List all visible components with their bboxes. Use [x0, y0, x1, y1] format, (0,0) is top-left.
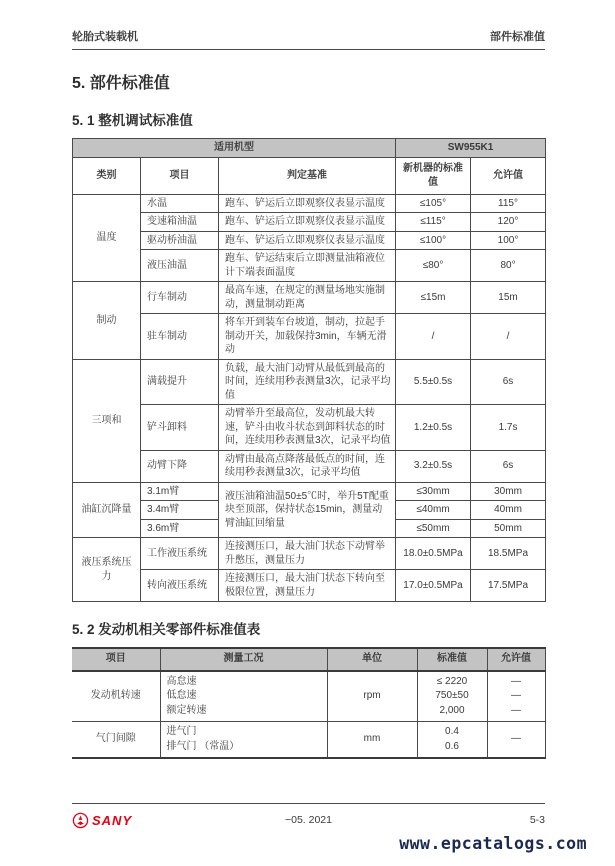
table-row: 三项和 满载提升 负载，最大油门动臂从最低到最高的时间，连续用秒表测量3次，记录… — [73, 359, 546, 405]
table-row: 发动机转速 高怠速 低怠速 额定转速 rpm ≤ 2220 750±50 2,0… — [72, 671, 545, 722]
item-cell: 转向液压系统 — [141, 570, 219, 602]
table-row: 温度 水温 跑车、铲运后立即观察仪表显示温度 ≤105° 115° — [73, 194, 546, 213]
table-row: 制动 行车制动 最高车速，在规定的测量场地实施制动，测量制动距离 ≤15m 15… — [73, 282, 546, 314]
col-header-allowed: 允许值 — [471, 157, 546, 194]
item-cell: 3.1m臂 — [141, 482, 219, 501]
criteria-cell: 将车开到装车台坡道，制动，拉起手制动开关，加载保持3min，车辆无滑动 — [219, 314, 396, 360]
criteria-cell: 最高车速，在规定的测量场地实施制动，测量制动距离 — [219, 282, 396, 314]
table-row: 驱动桥油温 跑车、铲运后立即观察仪表显示温度 ≤100° 100° — [73, 231, 546, 250]
item-cell: 3.4m臂 — [141, 501, 219, 520]
allowed-cell: 50mm — [471, 519, 546, 538]
section-title-5-2: 5. 2 发动机相关零部件标准值表 — [72, 618, 545, 638]
col-header-item: 项目 — [141, 157, 219, 194]
footer: SANY −05. 2021 5-3 — [72, 810, 545, 832]
item-cell: 气门间隙 — [72, 722, 160, 759]
col-header-new-std: 新机器的标准值 — [396, 157, 471, 194]
allowed-cell: / — [471, 314, 546, 360]
footer-date: −05. 2021 — [72, 814, 545, 826]
category-cell: 油缸沉降量 — [73, 482, 141, 538]
item-cell: 行车制动 — [141, 282, 219, 314]
allowed-cell: 6s — [471, 450, 546, 482]
item-cell: 液压油温 — [141, 250, 219, 282]
std-cell: ≤80° — [396, 250, 471, 282]
std-cell: ≤105° — [396, 194, 471, 213]
running-header-right: 部件标准值 — [490, 28, 545, 44]
std-cell: 18.0±0.5MPa — [396, 538, 471, 570]
item-cell: 发动机转速 — [72, 671, 160, 722]
item-cell: 工作液压系统 — [141, 538, 219, 570]
std-cell: ≤ 2220 750±50 2,000 — [417, 671, 487, 722]
std-cell: ≤50mm — [396, 519, 471, 538]
table-row: 变速箱油温 跑车、铲运后立即观察仪表显示温度 ≤115° 120° — [73, 213, 546, 232]
item-cell: 动臂下降 — [141, 450, 219, 482]
std-cell: ≤100° — [396, 231, 471, 250]
criteria-cell: 跑车、铲运后立即观察仪表显示温度 — [219, 194, 396, 213]
allowed-cell: 17.5MPa — [471, 570, 546, 602]
table-row: 气门间隙 进气门 排气门 （常温） mm 0.4 0.6 — — [72, 722, 545, 759]
item-cell: 驱动桥油温 — [141, 231, 219, 250]
category-cell: 制动 — [73, 282, 141, 360]
category-cell: 三项和 — [73, 359, 141, 482]
criteria-cell: 动臂举升至最高位，发动机最大转速，铲斗由收斗状态到卸料状态的时间，连续用秒表测量… — [219, 405, 396, 451]
condition-cell: 进气门 排气门 （常温） — [160, 722, 327, 759]
machine-debug-standards-table: 适用机型 SW955K1 类别 项目 判定基准 新机器的标准值 允许值 温度 水… — [72, 138, 546, 602]
col-header-unit: 单位 — [327, 648, 417, 671]
running-header: 轮胎式装载机 部件标准值 — [72, 28, 545, 50]
watermark-url: www.epcatalogs.com — [399, 834, 587, 853]
criteria-cell: 跑车、铲运后立即观察仪表显示温度 — [219, 213, 396, 232]
unit-cell: rpm — [327, 671, 417, 722]
criteria-cell: 动臂由最高点降落最低点的时间，连续用秒表测量3次，记录平均值 — [219, 450, 396, 482]
criteria-cell: 跑车、铲运结束后立即测量油箱液位计下端表面温度 — [219, 250, 396, 282]
section-title-5: 5. 部件标准值 — [72, 70, 545, 93]
unit-cell: mm — [327, 722, 417, 759]
col-header-allowed: 允许值 — [487, 648, 545, 671]
allowed-cell: 40mm — [471, 501, 546, 520]
page-number: 5-3 — [530, 814, 545, 826]
footer-divider — [72, 803, 545, 804]
allowed-cell: — — — — [487, 671, 545, 722]
col-header-criteria: 判定基准 — [219, 157, 396, 194]
item-cell: 满载提升 — [141, 359, 219, 405]
item-cell: 铲斗卸料 — [141, 405, 219, 451]
running-header-left: 轮胎式装载机 — [72, 28, 138, 44]
col-header-item: 项目 — [72, 648, 160, 671]
std-cell: 3.2±0.5s — [396, 450, 471, 482]
criteria-cell: 跑车、铲运后立即观察仪表显示温度 — [219, 231, 396, 250]
section-title-5-1: 5. 1 整机调试标准值 — [72, 109, 545, 129]
std-cell: 17.0±0.5MPa — [396, 570, 471, 602]
std-cell: 0.4 0.6 — [417, 722, 487, 759]
table-row: 动臂下降 动臂由最高点降落最低点的时间，连续用秒表测量3次，记录平均值 3.2±… — [73, 450, 546, 482]
criteria-cell-shared: 液压油箱油温50±5℃时，举升5T配重块至顶部，保持状态15min，测量动臂油缸… — [219, 482, 396, 538]
model-header: SW955K1 — [396, 139, 546, 158]
category-cell: 液压系统压力 — [73, 538, 141, 602]
table-row: 适用机型 SW955K1 — [73, 139, 546, 158]
engine-parts-standards-table: 项目 测量工况 单位 标准值 允许值 发动机转速 高怠速 低怠速 额定转速 rp… — [72, 647, 546, 759]
table-row: 液压油温 跑车、铲运结束后立即测量油箱液位计下端表面温度 ≤80° 80° — [73, 250, 546, 282]
std-cell: / — [396, 314, 471, 360]
allowed-cell: 6s — [471, 359, 546, 405]
allowed-cell: 1.7s — [471, 405, 546, 451]
col-header-category: 类别 — [73, 157, 141, 194]
allowed-cell: 120° — [471, 213, 546, 232]
table-row: 项目 测量工况 单位 标准值 允许值 — [72, 648, 545, 671]
allowed-cell: 80° — [471, 250, 546, 282]
col-header-std: 标准值 — [417, 648, 487, 671]
condition-cell: 高怠速 低怠速 额定转速 — [160, 671, 327, 722]
table-row: 油缸沉降量 3.1m臂 液压油箱油温50±5℃时，举升5T配重块至顶部，保持状态… — [73, 482, 546, 501]
allowed-cell: 18.5MPa — [471, 538, 546, 570]
criteria-cell: 连接测压口，最大油门状态下动臂举升憋压，测量压力 — [219, 538, 396, 570]
item-cell: 变速箱油温 — [141, 213, 219, 232]
table-row: 转向液压系统 连接测压口，最大油门状态下转向至极限位置，测量压力 17.0±0.… — [73, 570, 546, 602]
allowed-cell: — — [487, 722, 545, 759]
criteria-cell: 连接测压口，最大油门状态下转向至极限位置，测量压力 — [219, 570, 396, 602]
table-row: 液压系统压力 工作液压系统 连接测压口，最大油门状态下动臂举升憋压，测量压力 1… — [73, 538, 546, 570]
col-header-condition: 测量工况 — [160, 648, 327, 671]
applicable-model-header: 适用机型 — [73, 139, 396, 158]
document-page: 轮胎式装载机 部件标准值 5. 部件标准值 5. 1 整机调试标准值 适用机型 … — [0, 0, 615, 866]
item-cell: 水温 — [141, 194, 219, 213]
std-cell: ≤115° — [396, 213, 471, 232]
table-row: 类别 项目 判定基准 新机器的标准值 允许值 — [73, 157, 546, 194]
table-row: 驻车制动 将车开到装车台坡道，制动，拉起手制动开关，加载保持3min，车辆无滑动… — [73, 314, 546, 360]
item-cell: 3.6m臂 — [141, 519, 219, 538]
table-row: 铲斗卸料 动臂举升至最高位，发动机最大转速，铲斗由收斗状态到卸料状态的时间，连续… — [73, 405, 546, 451]
allowed-cell: 100° — [471, 231, 546, 250]
allowed-cell: 30mm — [471, 482, 546, 501]
item-cell: 驻车制动 — [141, 314, 219, 360]
std-cell: ≤40mm — [396, 501, 471, 520]
std-cell: 5.5±0.5s — [396, 359, 471, 405]
criteria-cell: 负载，最大油门动臂从最低到最高的时间，连续用秒表测量3次，记录平均值 — [219, 359, 396, 405]
category-cell: 温度 — [73, 194, 141, 282]
std-cell: ≤30mm — [396, 482, 471, 501]
std-cell: 1.2±0.5s — [396, 405, 471, 451]
allowed-cell: 15m — [471, 282, 546, 314]
std-cell: ≤15m — [396, 282, 471, 314]
allowed-cell: 115° — [471, 194, 546, 213]
